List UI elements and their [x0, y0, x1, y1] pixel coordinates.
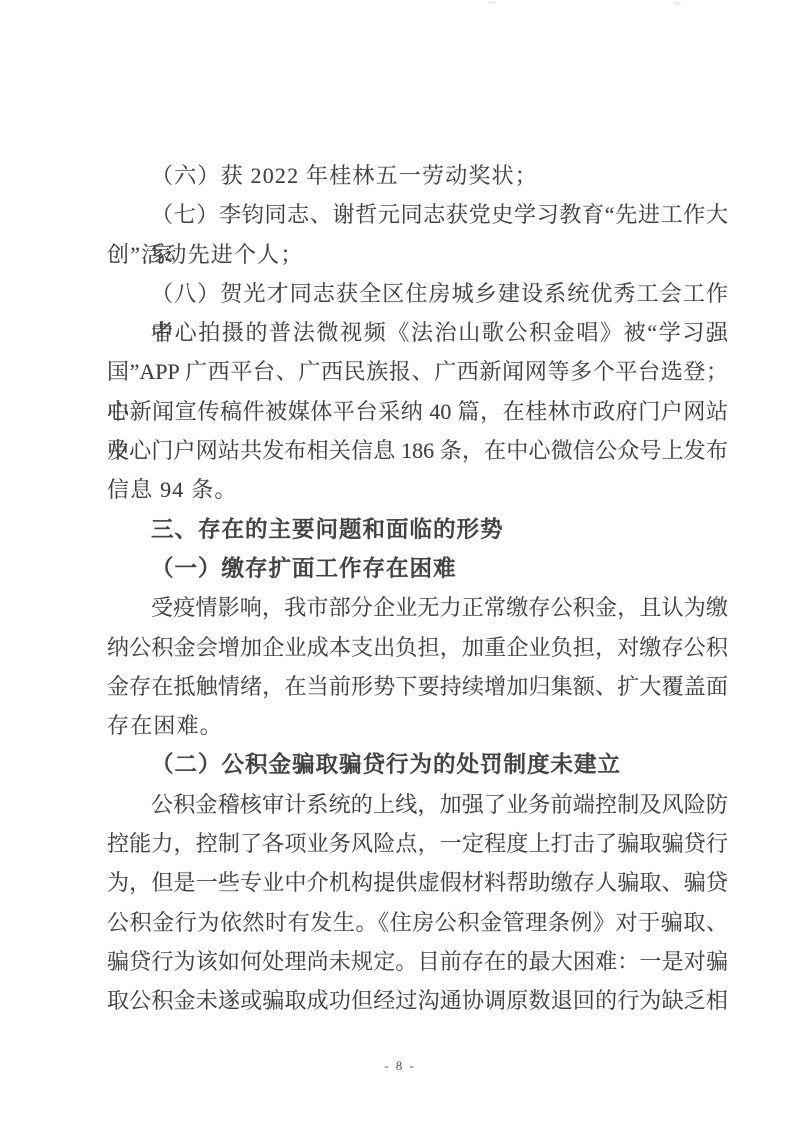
text-line: 中心拍摄的普法微视频《法治山歌公积金唱》被“学习强: [107, 313, 728, 352]
document-lines: （六）获 2022 年桂林五一劳动奖状；（七）李钧同志、谢哲元同志获党史学习教育…: [107, 156, 728, 1021]
text-line: 为，但是一些专业中介机构提供虚假材料帮助缴存人骗取、骗贷: [107, 863, 728, 902]
text-line: 公积金行为依然时有发生。《住房公积金管理条例》对于骗取、: [107, 903, 728, 942]
section-heading-line: （二）公积金骗取骗贷行为的处罚制度未建立: [107, 745, 728, 784]
text-line: （七）李钧同志、谢哲元同志获党史学习教育“先进工作大家: [107, 195, 728, 234]
text-line: 骗贷行为该如何处理尚未规定。目前存在的最大困难：一是对骗: [107, 942, 728, 981]
section-heading-line: 三、存在的主要问题和面临的形势: [107, 510, 728, 549]
scan-artifact: [674, 2, 681, 5]
text-line: 存在困难。: [107, 706, 728, 745]
document-page: （六）获 2022 年桂林五一劳动奖状；（七）李钧同志、谢哲元同志获党史学习教育…: [0, 0, 800, 1132]
text-line: 中心门户网站共发布相关信息 186 条，在中心微信公众号上发布: [107, 431, 728, 470]
text-line: 取公积金未遂或骗取成功但经过沟通协调原数退回的行为缺乏相: [107, 981, 728, 1020]
text-line: （六）获 2022 年桂林五一劳动奖状；: [107, 156, 728, 195]
scan-artifact: [488, 1, 496, 4]
text-line: 信息 94 条。: [107, 470, 728, 509]
text-line: 国”APP 广西平台、广西民族报、广西新闻网等多个平台选登；中: [107, 352, 728, 391]
text-line: 控能力，控制了各项业务风险点，一定程度上打击了骗取骗贷行: [107, 824, 728, 863]
page-number: - 8 -: [0, 1058, 800, 1074]
text-line: 受疫情影响，我市部分企业无力正常缴存公积金，且认为缴: [107, 588, 728, 627]
text-line: 创”活动先进个人；: [107, 235, 728, 274]
section-heading-line: （一）缴存扩面工作存在困难: [107, 549, 728, 588]
text-line: （八）贺光才同志获全区住房城乡建设系统优秀工会工作者。: [107, 274, 728, 313]
text-line: 公积金稽核审计系统的上线，加强了业务前端控制及风险防: [107, 785, 728, 824]
text-line: 金存在抵触情绪，在当前形势下要持续增加归集额、扩大覆盖面: [107, 667, 728, 706]
text-line: 心新闻宣传稿件被媒体平台采纳 40 篇，在桂林市政府门户网站及: [107, 392, 728, 431]
text-line: 纳公积金会增加企业成本支出负担，加重企业负担，对缴存公积: [107, 628, 728, 667]
